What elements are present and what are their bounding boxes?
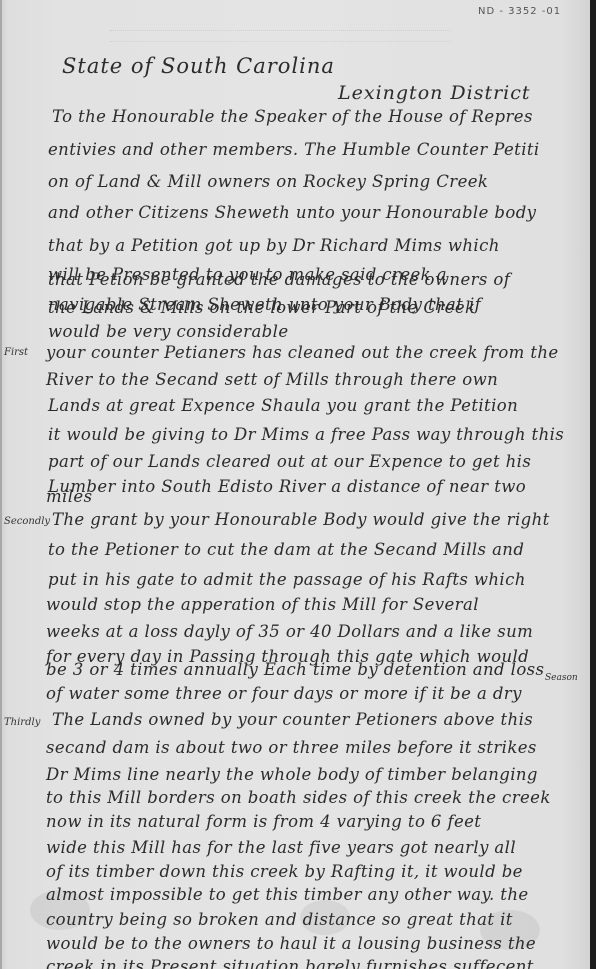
bleed-through-text	[110, 30, 450, 42]
page-right-edge	[590, 0, 596, 969]
text-line: of water some three or four days or more…	[46, 684, 522, 703]
text-line: to this Mill borders on boath sides of t…	[46, 788, 551, 807]
page-left-edge	[0, 0, 2, 969]
text-line: would be very considerable	[48, 322, 288, 341]
document-page: ND - 3352 -01 State of South Carolina Le…	[0, 0, 596, 969]
text-line: would stop the apperation of this Mill f…	[46, 595, 479, 614]
text-line: be 3 or 4 times annually Each time by de…	[46, 660, 544, 679]
document-heading: State of South Carolina	[62, 54, 335, 78]
text-line: to the Petioner to cut the dam at the Se…	[48, 540, 524, 559]
text-line: now in its natural form is from 4 varyin…	[46, 812, 481, 831]
archive-stamp: ND - 3352 -01	[478, 6, 561, 17]
text-line: The grant by your Honourable Body would …	[52, 510, 550, 529]
text-line: wide this Mill has for the last five yea…	[46, 838, 516, 857]
text-line: To the Honourable the Speaker of the Hou…	[52, 107, 533, 126]
text-line: and other Citizens Sheweth unto your Hon…	[48, 203, 536, 222]
text-line: would be to the owners to haul it a lous…	[46, 934, 536, 953]
text-line: creek in its Present situation barely fu…	[46, 957, 534, 969]
text-line: entivies and other members. The Humble C…	[48, 140, 540, 159]
text-line: on of Land & Mill owners on Rockey Sprin…	[48, 172, 488, 191]
text-line: that Petion be granted the damages to th…	[48, 270, 510, 289]
margin-label-secondly: Secondly	[4, 516, 50, 527]
text-line: part of our Lands cleared out at our Exp…	[48, 452, 531, 471]
text-line: it would be giving to Dr Mims a free Pas…	[48, 425, 564, 444]
text-line: Dr Mims line nearly the whole body of ti…	[46, 765, 538, 784]
text-line: miles	[46, 487, 92, 506]
text-line: that by a Petition got up by Dr Richard …	[48, 236, 500, 255]
margin-label-first: First	[4, 347, 28, 358]
text-line: weeks at a loss dayly of 35 or 40 Dollar…	[46, 622, 533, 641]
text-line: almost impossible to get this timber any…	[46, 885, 529, 904]
margin-label-thirdly: Thirdly	[4, 717, 40, 728]
text-line: Lumber into South Edisto River a distanc…	[48, 477, 526, 496]
district-line: Lexington District	[338, 82, 531, 104]
text-line: country being so broken and distance so …	[46, 910, 513, 929]
text-line: River to the Secand sett of Mills throug…	[46, 370, 498, 389]
text-line: your counter Petianers has cleaned out t…	[46, 343, 559, 362]
text-line: of its timber down this creek by Rafting…	[46, 862, 523, 881]
text-line: The Lands owned by your counter Petioner…	[52, 710, 533, 729]
text-line: secand dam is about two or three miles b…	[46, 738, 537, 757]
text-line: Lands at great Expence Shaula you grant …	[48, 396, 518, 415]
insertion-season: Season	[545, 673, 578, 683]
text-line: put in his gate to admit the passage of …	[48, 570, 526, 589]
text-line: the Lands & Mills on the lower Part of t…	[48, 298, 475, 317]
